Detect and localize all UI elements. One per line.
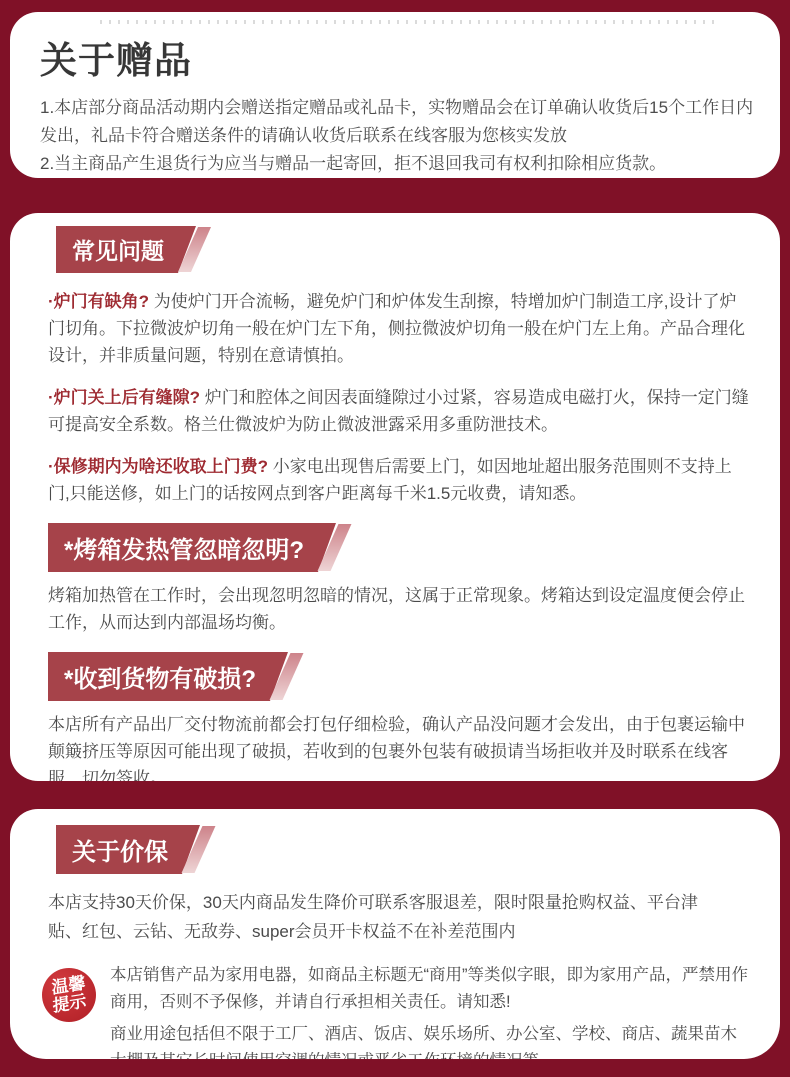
warm-tips: 温馨 提示 本店销售产品为家用电器，如商品主标题无“商用”等类似字眼，即为家用产… <box>42 962 752 1059</box>
price-ribbon-label: 关于价保 <box>56 825 200 874</box>
damaged-goods-section-header: *收到货物有破损? <box>40 652 752 701</box>
oven-heater-banner-label: *烤箱发热管忽暗忽明? <box>48 523 336 572</box>
oven-heater-section-header: *烤箱发热管忽暗忽明? <box>40 523 752 572</box>
faq-question-1-answer: 为使炉门开合流畅，避免炉门和炉体发生刮擦，特增加炉门制造工序,设计了炉门切角。下… <box>48 292 745 365</box>
price-ribbon: 关于价保 <box>56 825 200 874</box>
price-policy-body: 本店支持30天价保，30天内商品发生降价可联系客服退差，限时限量抢购权益、平台津… <box>48 888 710 946</box>
oven-heater-banner: *烤箱发热管忽暗忽明? <box>48 523 336 572</box>
gift-card: 关于赠品 1.本店部分商品活动期内会赠送指定赠品或礼品卡，实物赠品会在订单确认收… <box>10 12 780 178</box>
faq-ribbon: 常见问题 <box>56 226 196 273</box>
gift-rule-1: 1.本店部分商品活动期内会赠送指定赠品或礼品卡，实物赠品会在订单确认收货后15个… <box>40 94 754 150</box>
promo-page: 关于赠品 1.本店部分商品活动期内会赠送指定赠品或礼品卡，实物赠品会在订单确认收… <box>0 0 790 1077</box>
faq-card: 常见问题 ·炉门有缺角? 为使炉门开合流畅，避免炉门和炉体发生刮擦，特增加炉门制… <box>10 213 780 781</box>
warm-tips-badge-line2: 提示 <box>52 992 87 1015</box>
warm-tips-badge-text: 温馨 提示 <box>51 974 86 1015</box>
faq-question-3: ·保修期内为啥还收取上门费? 小家电出现售后需要上门，如因地址超出服务范围则不支… <box>48 453 752 507</box>
cutoff-ghost-text <box>100 20 720 24</box>
faq-question-1-label: ·炉门有缺角? <box>48 292 149 311</box>
warm-tips-paragraph-1: 本店销售产品为家用电器，如商品主标题无“商用”等类似字眼，即为家用产品，严禁用作… <box>110 962 752 1016</box>
faq-ribbon-label: 常见问题 <box>56 226 196 273</box>
faq-question-3-label: ·保修期内为啥还收取上门费? <box>48 457 268 476</box>
oven-heater-body: 烤箱加热管在工作时，会出现忽明忽暗的情况，这属于正常现象。烤箱达到设定温度便会停… <box>48 582 752 636</box>
price-protection-card: 关于价保 本店支持30天价保，30天内商品发生降价可联系客服退差，限时限量抢购权… <box>10 809 780 1059</box>
damaged-goods-banner: *收到货物有破损? <box>48 652 288 701</box>
gift-rule-2: 2.当主商品产生退货行为应当与赠品一起寄回，拒不退回我司有权利扣除相应货款。 <box>40 150 754 178</box>
faq-question-2: ·炉门关上后有缝隙? 炉门和腔体之间因表面缝隙过小过紧，容易造成电磁打火，保持一… <box>48 384 752 438</box>
warm-tips-badge: 温馨 提示 <box>42 968 96 1022</box>
warm-tips-paragraph-2: 商业用途包括但不限于工厂、酒店、饭店、娱乐场所、办公室、学校、商店、蔬果苗木大棚… <box>110 1021 752 1059</box>
gift-title: 关于赠品 <box>40 30 754 84</box>
faq-question-2-label: ·炉门关上后有缝隙? <box>48 388 200 407</box>
damaged-goods-banner-label: *收到货物有破损? <box>48 652 288 701</box>
damaged-goods-body: 本店所有产品出厂交付物流前都会打包仔细检验，确认产品没问题才会发出，由于包裹运输… <box>48 711 752 781</box>
warm-tips-texts: 本店销售产品为家用电器，如商品主标题无“商用”等类似字眼，即为家用产品，严禁用作… <box>110 962 752 1059</box>
faq-question-1: ·炉门有缺角? 为使炉门开合流畅，避免炉门和炉体发生刮擦，特增加炉门制造工序,设… <box>48 288 752 369</box>
